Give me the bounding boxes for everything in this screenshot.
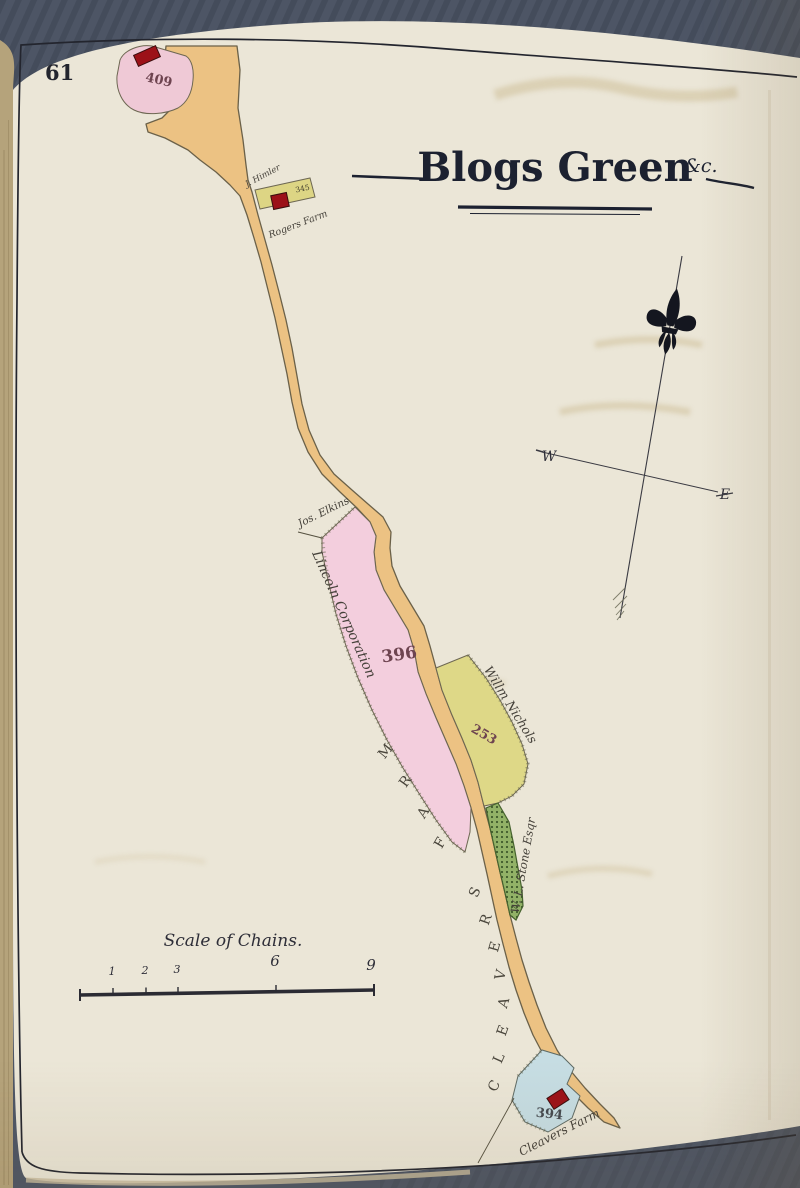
map-title: Blogs Green	[417, 144, 692, 191]
atlas-photo: 61 409 345 J. Himler Rogers Farm 396 Lin…	[0, 0, 800, 1188]
book-page-stack-edge	[0, 40, 14, 1188]
page-right-curl-shading	[700, 0, 800, 1188]
scale-tick-9: 9	[366, 956, 376, 974]
title-underline	[458, 207, 652, 209]
building-rogers-farm	[271, 192, 290, 209]
scale-tick-2: 2	[141, 964, 149, 977]
scale-caption: Scale of Chains.	[164, 931, 303, 951]
page-number: 61	[45, 60, 74, 85]
scale-tick-6: 6	[270, 952, 280, 970]
scale-tick-1: 1	[109, 965, 116, 978]
fore-edge-line	[768, 90, 771, 1120]
parcel-409: 409	[117, 46, 193, 114]
compass-west-letter: W	[542, 449, 558, 465]
scale-tick-3: 3	[174, 963, 181, 976]
page-bottom-shading	[0, 1060, 800, 1188]
